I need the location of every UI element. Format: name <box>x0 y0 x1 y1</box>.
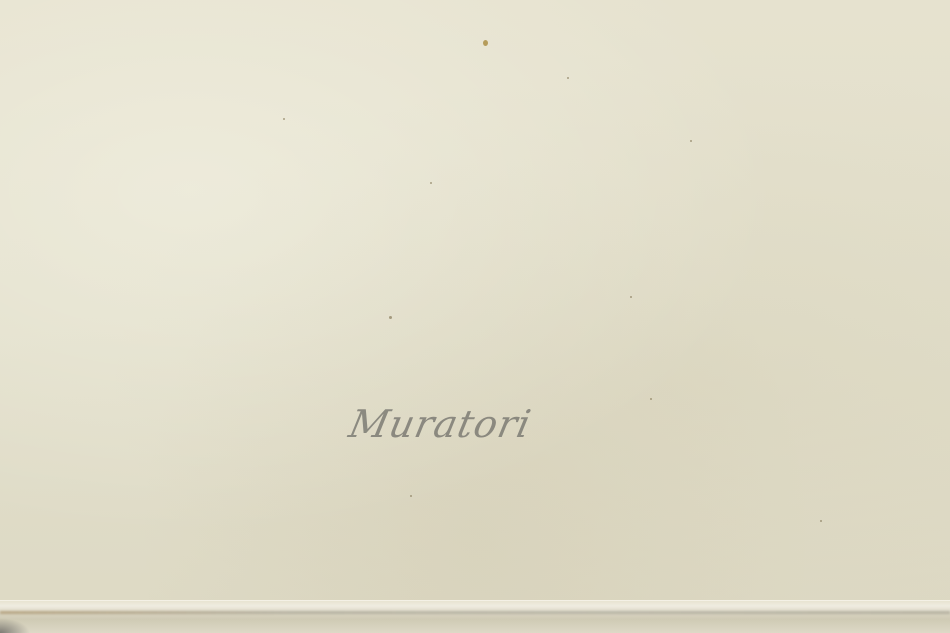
corner-shadow <box>0 618 30 633</box>
paper-speck <box>283 118 285 120</box>
paper-speck <box>690 140 692 142</box>
paper-speck <box>567 77 569 79</box>
paper-speck <box>389 316 392 319</box>
paper-speck <box>483 40 488 46</box>
paper-fold-line <box>0 611 950 614</box>
paper-speck <box>430 182 432 184</box>
paper-speck <box>410 495 412 497</box>
paper-speck <box>820 520 822 522</box>
paper-bottom-edge <box>0 600 950 633</box>
handwritten-signature: Muratori <box>345 402 535 446</box>
paper-speck <box>630 296 632 298</box>
paper-speck <box>650 398 652 400</box>
paper-sheet: Muratori <box>0 0 950 633</box>
